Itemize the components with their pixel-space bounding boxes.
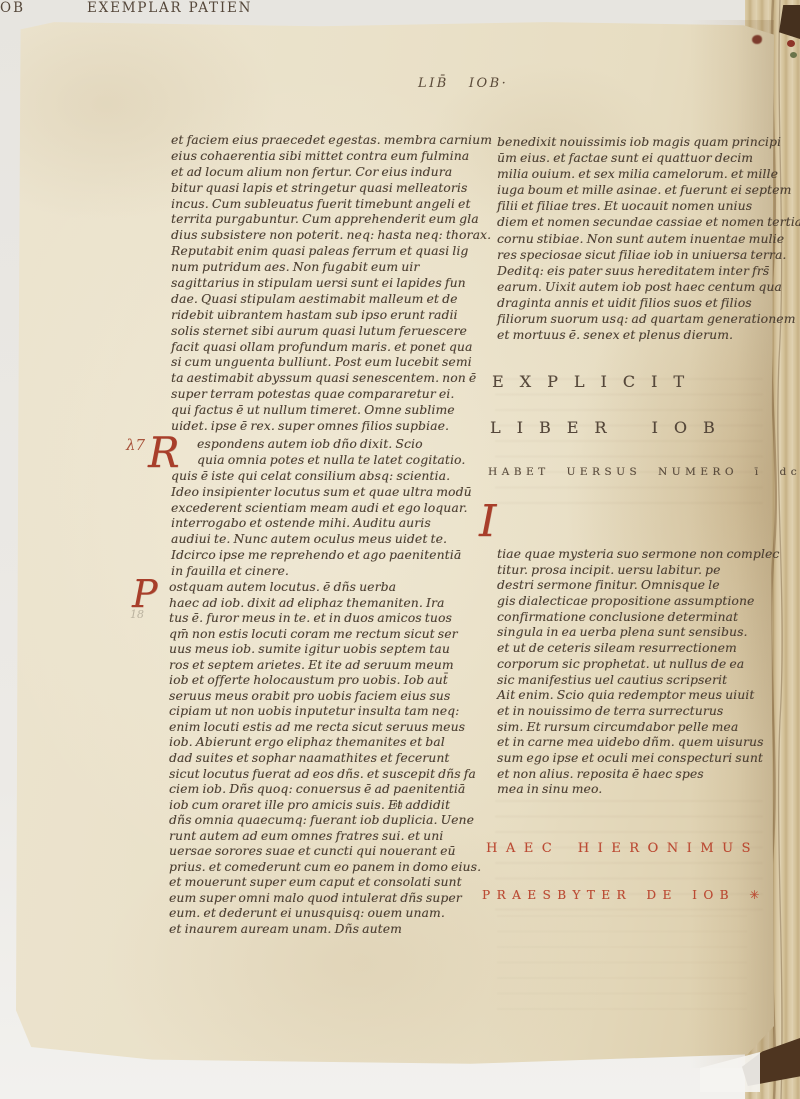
incipit-caps: EXEMPLAR PATIEN: [87, 0, 252, 16]
left-column-paragraph-2: espondens autem iob dño dixit. Scioquia …: [171, 437, 472, 580]
text-line: num putridum aes. Non fugabit eum uir: [171, 260, 492, 276]
running-header: LIB̄ IOB·: [418, 76, 508, 91]
text-line: titur. prosa incipit. uersu labitur. pe: [497, 563, 779, 579]
text-line: sum ego ipse et oculi mei conspecturi su…: [497, 751, 779, 767]
text-line: excederent scientiam meam audi et ego lo…: [171, 501, 472, 517]
rubric-initial-P: P: [132, 572, 158, 616]
text-line: singula in ea uerba plena sunt sensibus.: [497, 625, 779, 641]
right-column-paragraph-2: tiae quae mysteria suo sermone non compl…: [497, 547, 779, 798]
text-line: diem et nomen secundae cassiae et nomen …: [497, 214, 800, 230]
text-line: Idcirco ipse me reprehendo et ago paenit…: [171, 548, 472, 564]
incipit-line: OB EXEMPLAR PATIEN: [0, 0, 262, 16]
text-line: dae. Quasi stipulam aestimabit malleum e…: [171, 292, 492, 308]
text-line: incus. Cum subleuatus fuerit timebunt an…: [171, 197, 492, 213]
text-line: iuga boum et mille asinae. et fuerunt ei…: [497, 182, 800, 198]
text-line: et in carne mea uidebo dñm. quem uisurus: [497, 735, 779, 751]
text-line: bitur quasi lapis et stringetur quasi me…: [171, 181, 492, 197]
colophon-line-2: PRAESBYTER DE IOB ✳: [482, 888, 766, 902]
text-line: iob cum oraret ille pro amicis suis. Et …: [169, 798, 481, 814]
text-line: runt autem ad eum omnes fratres sui. et …: [169, 829, 481, 845]
text-line: benedixit nouissimis iob magis quam prin…: [497, 134, 800, 150]
versus-count-line: HABET UERSUS NUMERO ī dcc.: [488, 466, 800, 478]
text-line: Ait enim. Scio quia redemptor meus uiuit: [497, 688, 779, 704]
edge-decoration-speck: [790, 52, 797, 58]
text-line: et ad locum alium non fertur. Cor eius i…: [171, 165, 492, 181]
text-line: destri sermone finitur. Omnisque le: [497, 578, 779, 594]
text-line: tiae quae mysteria suo sermone non compl…: [497, 547, 779, 563]
text-line: et faciem eius praecedet egestas. membra…: [171, 133, 492, 149]
text-line: earum. Uixit autem iob post haec centum …: [497, 279, 800, 295]
text-line: ostquam autem locutus. ē dñs uerba: [169, 580, 481, 596]
text-line: filii et filiae tres. Et uocauit nomen u…: [497, 198, 800, 214]
text-line: uersae sorores suae et cuncti qui nouera…: [169, 844, 481, 860]
explicit-title-line-1: EXPLICIT: [492, 372, 700, 391]
text-line: et mortuus ē. senex et plenus dierum.: [497, 327, 800, 343]
left-column-paragraph-1: et faciem eius praecedet egestas. membra…: [171, 133, 492, 435]
text-line: territa purgabuntur. Cum apprehenderit e…: [171, 212, 492, 228]
right-column-paragraph-1: benedixit nouissimis iob magis quam prin…: [497, 134, 800, 343]
text-line: enim locuti estis ad me recta sicut seru…: [169, 720, 481, 736]
text-line: et non alius. reposita ē haec spes: [497, 767, 779, 783]
text-line: uus meus iob. sumite igitur uobis septem…: [169, 642, 481, 658]
text-line: quis ē iste qui celat consilium absq: sc…: [171, 469, 472, 485]
text-line: facit quasi ollam profundum maris. et po…: [171, 340, 492, 356]
text-line: in fauilla et cinere.: [171, 564, 472, 580]
text-line: dñs omnia quaecumq: fuerant iob duplicia…: [169, 813, 481, 829]
chapter-number-mark: λ7: [126, 436, 145, 454]
text-line: Ideo insipienter locutus sum et quae ult…: [171, 485, 472, 501]
text-line: iob et offerte holocaustum pro uobis. Io…: [169, 673, 481, 689]
text-line: qui factus ē ut nullum timeret. Omne sub…: [171, 403, 492, 419]
text-line: ridebit uibrantem hastam sub ipso erunt …: [171, 308, 492, 324]
ink-bleedthrough: [497, 915, 747, 1015]
text-line: eius cohaerentia sibi mittet contra eum …: [171, 149, 492, 165]
text-line: solis sternet sibi aurum quasi lutum fer…: [171, 324, 492, 340]
text-line: filiorum suorum usq: ad quartam generati…: [497, 311, 800, 327]
text-line: confirmatione conclusione determinat: [497, 610, 779, 626]
text-line: ciem iob. Dñs quoq: conuersus ē ad paeni…: [169, 782, 481, 798]
text-line: gis dialecticae propositione assumptione: [497, 594, 779, 610]
text-line: et inaurem auream unam. Dñs autem: [169, 922, 481, 938]
text-line: cornu stibiae. Non sunt autem inuentae m…: [497, 231, 800, 247]
text-line: mea in sinu meo.: [497, 782, 779, 798]
text-line: eum. et dederunt ei unusquisq: ouem unam…: [169, 906, 481, 922]
text-line: ūm eius. et factae sunt ei quattuor deci…: [497, 150, 800, 166]
explicit-title-line-2: LIBER IOB: [490, 418, 731, 437]
text-line: audiui te. Nunc autem oculus meus uidet …: [171, 532, 472, 548]
ink-bleedthrough: [495, 378, 763, 506]
text-line: dad suites et sophar naamathites et fece…: [169, 751, 481, 767]
text-line: draginta annis et uidit filios suos et f…: [497, 295, 800, 311]
photo-backdrop: { "palette":{ "backdrop":"#eceae6", "par…: [0, 0, 800, 1099]
text-line: uidet. ipse ē rex. super omnes filios su…: [171, 419, 492, 435]
text-line: Deditq: eis pater suus hereditatem inter…: [497, 263, 800, 279]
rubric-initial-I: I: [479, 496, 496, 547]
text-line: sagittarius in stipulam uersi sunt ei la…: [171, 276, 492, 292]
text-line: et mouerunt super eum caput et consolati…: [169, 875, 481, 891]
text-line: espondens autem iob dño dixit. Scio: [171, 437, 472, 453]
text-line: qm̄ non estis locuti coram me rectum sic…: [169, 627, 481, 643]
colophon-line-1: HAEC HIERONIMUS: [486, 841, 759, 856]
text-line: super terram potestas quae compararetur …: [171, 387, 492, 403]
folio-mark: LIB̄: [418, 76, 449, 91]
text-line: eum super omni malo quod intulerat dñs s…: [169, 891, 481, 907]
text-line: cipiam ut non uobis inputetur insulta ta…: [169, 704, 481, 720]
incipit-word: OB: [0, 0, 25, 16]
ink-stain: [752, 35, 762, 44]
text-line: interrogabo et ostende mihi. Auditu auri…: [171, 516, 472, 532]
text-line: Reputabit enim quasi paleas ferrum et qu…: [171, 244, 492, 260]
text-line: seruus meus orabit pro uobis faciem eius…: [169, 689, 481, 705]
text-line: et in nouissimo de terra surrecturus: [497, 704, 779, 720]
book-title-mark: IOB·: [469, 76, 508, 91]
text-line: prius. et comederunt cum eo panem in dom…: [169, 860, 481, 876]
text-line: ros et septem arietes. Et ite ad seruum …: [169, 658, 481, 674]
text-line: sic manifestius uel cautius scripserit: [497, 673, 779, 689]
left-column-paragraph-3: ostquam autem locutus. ē dñs uerbahaec a…: [169, 580, 481, 938]
text-line: dius subsistere non poterit. neq: hasta …: [171, 228, 492, 244]
text-line: et ut de ceteris sileam resurrectionem: [497, 641, 779, 657]
text-line: sim. Et rursum circumdabor pelle mea: [497, 720, 779, 736]
text-line: milia ouium. et sex milia camelorum. et …: [497, 166, 800, 182]
text-line: quia omnia potes et nulla te latet cogit…: [171, 453, 472, 469]
text-line: sicut locutus fuerat ad eos dñs. et susc…: [169, 767, 481, 783]
text-line: si cum unguenta bulliunt. Post eum luceb…: [171, 355, 492, 371]
text-line: res speciosae sicut filiae iob in uniuer…: [497, 247, 800, 263]
text-line: corporum sic prophetat. ut nullus de ea: [497, 657, 779, 673]
text-line: ta aestimabit abyssum quasi senescentem.…: [171, 371, 492, 387]
text-line: tus ē. furor meus in te. et in duos amic…: [169, 611, 481, 627]
edge-decoration-speck: [787, 40, 795, 47]
text-line: iob. Abierunt ergo eliphaz themanites et…: [169, 735, 481, 751]
text-line: haec ad iob. dixit ad eliphaz themaniten…: [169, 596, 481, 612]
